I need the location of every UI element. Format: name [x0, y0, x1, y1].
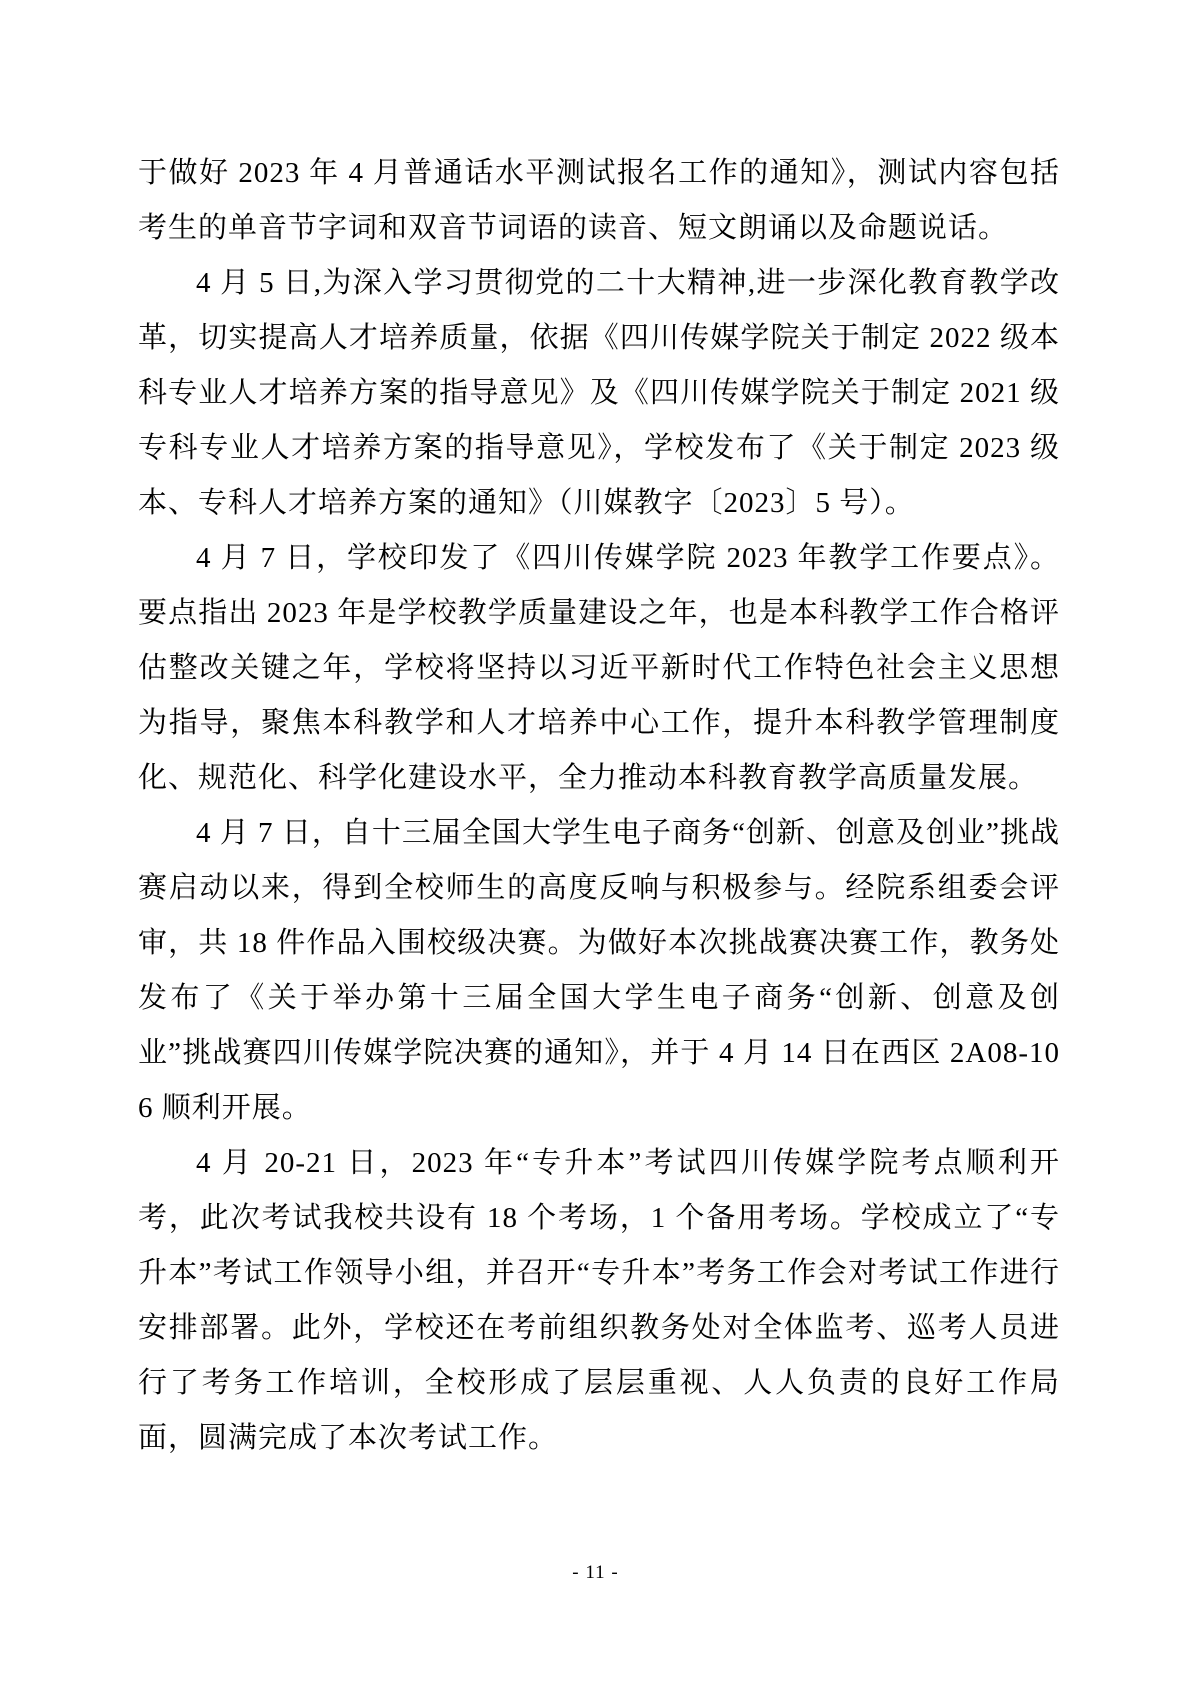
paragraph-continuation: 于做好 2023 年 4 月普通话水平测试报名工作的通知》，测试内容包括考生的单… — [138, 146, 1060, 256]
paragraph-april-20-21-exam: 4 月 20-21 日，2023 年“专升本”考试四川传媒学院考点顺利开考，此次… — [138, 1136, 1060, 1466]
paragraph-april-7-teaching-points: 4 月 7 日，学校印发了《四川传媒学院 2023 年教学工作要点》。要点指出 … — [138, 531, 1060, 806]
page-number: - 11 - — [0, 1562, 1191, 1584]
paragraph-april-5: 4 月 5 日,为深入学习贯彻党的二十大精神,进一步深化教育教学改革，切实提高人… — [138, 256, 1060, 531]
paragraph-april-7-ecommerce-challenge: 4 月 7 日，自十三届全国大学生电子商务“创新、创意及创业”挑战赛启动以来，得… — [138, 806, 1060, 1136]
document-body: 于做好 2023 年 4 月普通话水平测试报名工作的通知》，测试内容包括考生的单… — [138, 146, 1060, 1466]
document-page: 于做好 2023 年 4 月普通话水平测试报名工作的通知》，测试内容包括考生的单… — [0, 0, 1191, 1684]
